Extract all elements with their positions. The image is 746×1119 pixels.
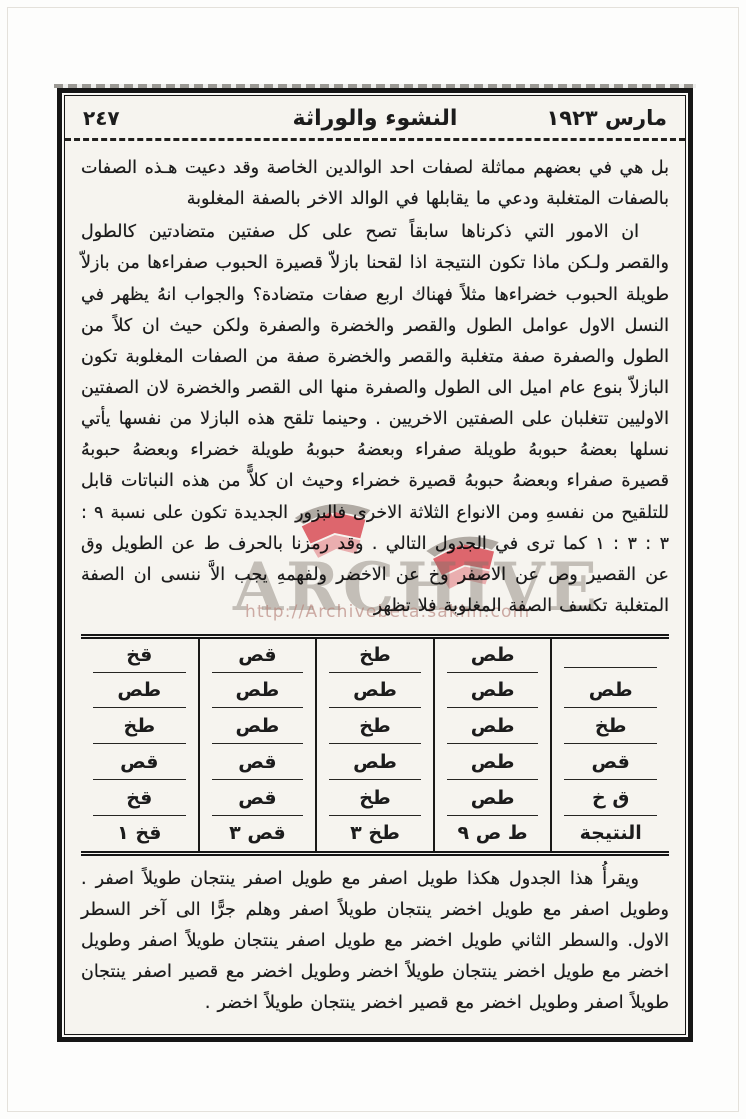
table-cell: قخ ١ [81,817,199,853]
table-cell: طخ [551,709,669,745]
table-row: طخ طص طخ طص طخ [81,709,669,745]
paragraph-1: بل هي في بعضهم مماثلة لصفات احد الوالدين… [81,153,669,215]
page-frame: مارس ١٩٢٣ النشوء والوراثة ٢٤٧ بل هي في ب… [57,88,693,1042]
table-row: قص طص طص قص قص [81,745,669,781]
scanned-magazine-page: { "header": { "date": "مارس ١٩٢٣", "titl… [0,0,746,1119]
table-row: طص طخ قص قخ [81,637,669,674]
table-cell: طص [434,709,552,745]
table-cell: قص [551,745,669,781]
table-result-row: النتيجة ط ص ٩ طخ ٣ قص ٣ قخ ١ [81,817,669,853]
page-header: مارس ١٩٢٣ النشوء والوراثة ٢٤٧ [65,96,685,141]
table-cell: طص [81,673,199,709]
genetics-ratio-table: طص طخ قص قخ طص طص طص طص طص طخ طص [81,634,669,856]
table-cell: طخ ٣ [316,817,434,853]
table-cell: قص ٣ [199,817,317,853]
page-frame-inner: مارس ١٩٢٣ النشوء والوراثة ٢٤٧ بل هي في ب… [64,95,686,1035]
page-number: ٢٤٧ [83,106,233,130]
table-cell: طص [316,745,434,781]
table-cell: طص [434,745,552,781]
table-cell: قص [81,745,199,781]
page-body: بل هي في بعضهم مماثلة لصفات احد الوالدين… [65,141,685,1019]
table-cell: طخ [81,709,199,745]
table-cell: طص [434,781,552,817]
table-cell-result-label: النتيجة [551,817,669,853]
table-row: طص طص طص طص طص [81,673,669,709]
issue-date: مارس ١٩٢٣ [517,106,667,130]
table-cell: طخ [316,781,434,817]
table-cell: ط ص ٩ [434,817,552,853]
paragraph-2: ان الامور التي ذكرناها سابقاً تصح على كل… [81,217,669,622]
table-cell: قص [199,781,317,817]
table-cell: طص [434,637,552,674]
table-cell: طص [551,673,669,709]
table-cell: طخ [316,709,434,745]
table-cell: طص [316,673,434,709]
table-row: ق خ طص طخ قص قخ [81,781,669,817]
page-title: النشوء والوراثة [233,106,517,131]
table-cell: طخ [316,637,434,674]
table-cell: قص [199,637,317,674]
table-cell: طص [199,709,317,745]
table-cell [551,637,669,674]
paragraph-3: ويقرأُ هذا الجدول هكذا طويل اصفر مع طويل… [81,864,669,1020]
table-cell: قص [199,745,317,781]
table-cell: قخ [81,637,199,674]
table-cell: طص [434,673,552,709]
table-cell: ق خ [551,781,669,817]
table-cell: قخ [81,781,199,817]
table-cell: طص [199,673,317,709]
